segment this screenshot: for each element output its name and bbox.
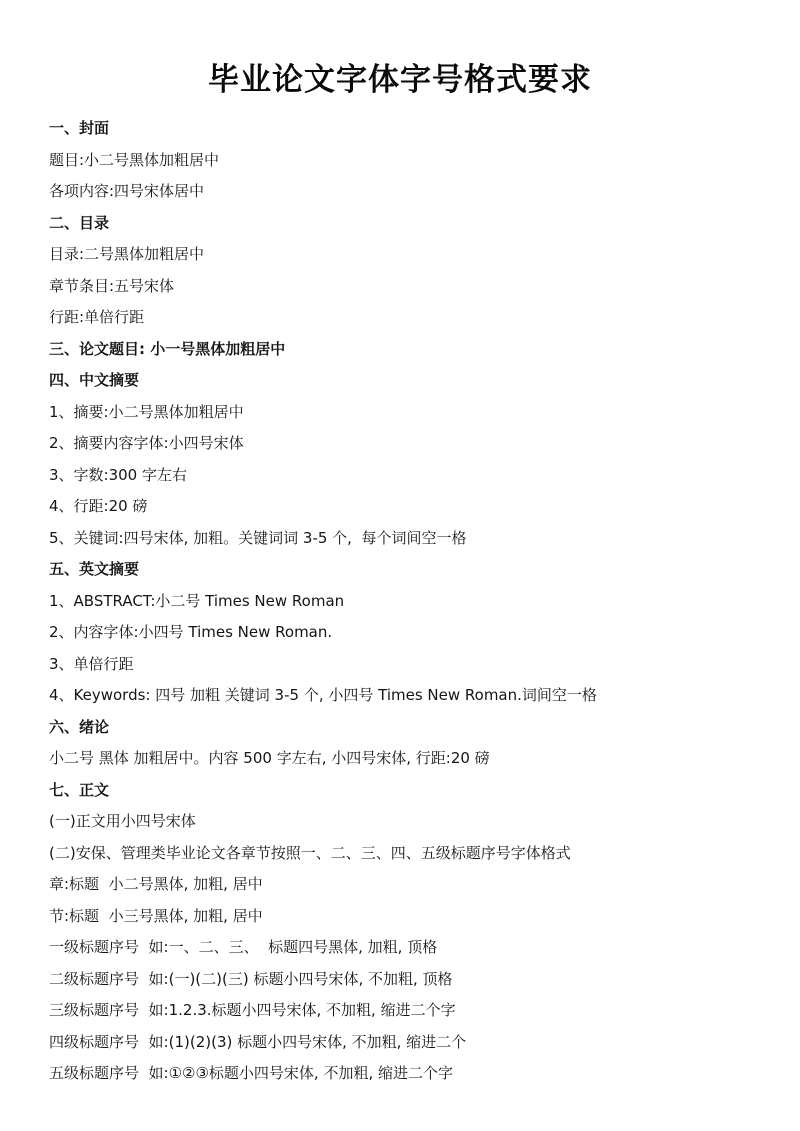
cn-abstract-rule-2: 2、摘要内容字体:小四号宋体 [49, 429, 769, 461]
toc-title-rule: 目录:二号黑体加粗居中 [49, 240, 769, 272]
level-4-heading-rule: 四级标题序号 如:(1)(2)(3) 标题小四号宋体, 不加粗, 缩进二个 [49, 1028, 769, 1060]
main-text-rule-2: (二)安保、管理类毕业论文各章节按照一、二、三、四、五级标题序号字体格式 [49, 839, 769, 871]
cn-abstract-rule-3: 3、字数:300 字左右 [49, 461, 769, 493]
level-1-heading-rule: 一级标题序号 如:一、二、三、 标题四号黑体, 加粗, 顶格 [49, 933, 769, 965]
section-heading-introduction: 六、绪论 [49, 713, 769, 745]
section-heading-english-abstract: 五、英文摘要 [49, 555, 769, 587]
cover-title-rule: 题目:小二号黑体加粗居中 [49, 146, 769, 178]
cn-abstract-rule-4: 4、行距:20 磅 [49, 492, 769, 524]
section-heading-cover: 一、封面 [49, 114, 769, 146]
cn-abstract-rule-1: 1、摘要:小二号黑体加粗居中 [49, 398, 769, 430]
cover-content-rule: 各项内容:四号宋体居中 [49, 177, 769, 209]
en-abstract-rule-1: 1、ABSTRACT:小二号 Times New Roman [49, 587, 769, 619]
document-title: 毕业论文字体字号格式要求 [0, 58, 800, 102]
introduction-rule: 小二号 黑体 加粗居中。内容 500 字左右, 小四号宋体, 行距:20 磅 [49, 744, 769, 776]
document-body: 一、封面 题目:小二号黑体加粗居中 各项内容:四号宋体居中 二、目录 目录:二号… [49, 114, 769, 1091]
toc-spacing-rule: 行距:单倍行距 [49, 303, 769, 335]
level-3-heading-rule: 三级标题序号 如:1.2.3.标题小四号宋体, 不加粗, 缩进二个字 [49, 996, 769, 1028]
en-abstract-rule-2: 2、内容字体:小四号 Times New Roman. [49, 618, 769, 650]
section-heading-chinese-abstract: 四、中文摘要 [49, 366, 769, 398]
en-abstract-rule-3: 3、单倍行距 [49, 650, 769, 682]
level-2-heading-rule: 二级标题序号 如:(一)(二)(三) 标题小四号宋体, 不加粗, 顶格 [49, 965, 769, 997]
section-heading-thesis-title: 三、论文题目: 小一号黑体加粗居中 [49, 335, 769, 367]
section-heading-toc: 二、目录 [49, 209, 769, 241]
cn-abstract-rule-5: 5、关键词:四号宋体, 加粗。关键词词 3-5 个, 每个词间空一格 [49, 524, 769, 556]
main-text-rule-1: (一)正文用小四号宋体 [49, 807, 769, 839]
level-5-heading-rule: 五级标题序号 如:①②③标题小四号宋体, 不加粗, 缩进二个字 [49, 1059, 769, 1091]
chapter-rule: 章:标题 小二号黑体, 加粗, 居中 [49, 870, 769, 902]
section-heading-main-text: 七、正文 [49, 776, 769, 808]
en-abstract-rule-4: 4、Keywords: 四号 加粗 关键词 3-5 个, 小四号 Times N… [49, 681, 769, 713]
section-rule: 节:标题 小三号黑体, 加粗, 居中 [49, 902, 769, 934]
document-page: 毕业论文字体字号格式要求 一、封面 题目:小二号黑体加粗居中 各项内容:四号宋体… [0, 0, 800, 1131]
toc-entries-rule: 章节条目:五号宋体 [49, 272, 769, 304]
